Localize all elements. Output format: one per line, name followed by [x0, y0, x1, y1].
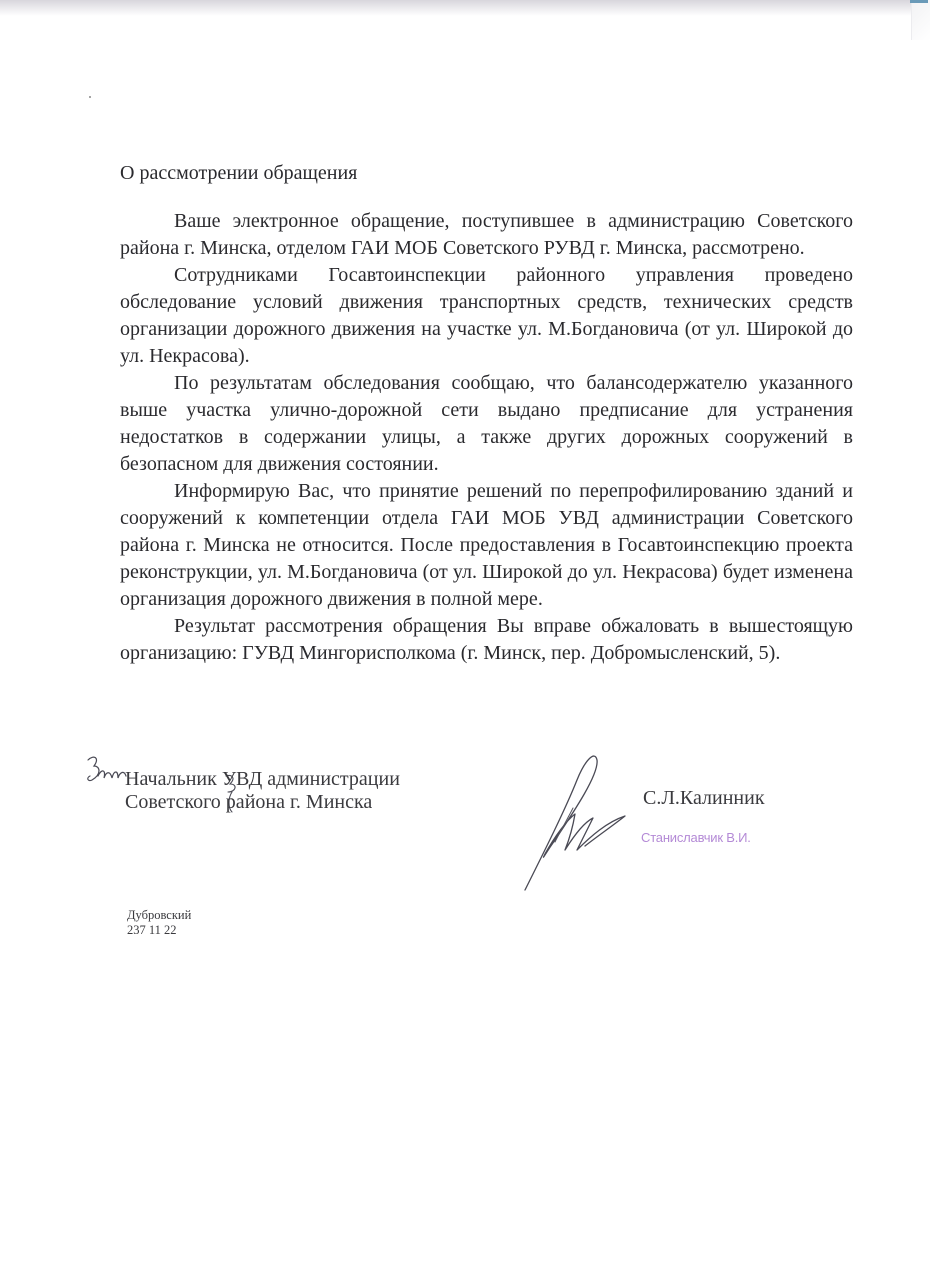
- executor-info: Дубровский 237 11 22: [127, 908, 191, 938]
- paragraph-1: Ваше электронное обращение, поступившее …: [120, 208, 853, 262]
- scan-corner-tab: [910, 0, 928, 3]
- signatory-position: Начальник УВД администрации Советского р…: [125, 768, 400, 814]
- executor-name: Дубровский: [127, 908, 191, 923]
- scan-corner-fold: [911, 0, 930, 40]
- position-line-1: Начальник УВД администрации: [125, 768, 400, 791]
- paragraph-5: Результат рассмотрения обращения Вы впра…: [120, 613, 853, 667]
- scan-speck: [89, 96, 91, 98]
- letter-body: Ваше электронное обращение, поступившее …: [120, 208, 853, 667]
- position-line-2: Советского района г. Минска: [125, 791, 400, 814]
- signature-icon: [515, 750, 655, 900]
- scan-top-shadow: [0, 0, 930, 16]
- paragraph-3: По результатам обследования сообщаю, что…: [120, 370, 853, 478]
- signer-name: С.Л.Калинник: [643, 787, 765, 810]
- executor-phone: 237 11 22: [127, 923, 191, 938]
- paragraph-4: Информирую Вас, что принятие решений по …: [120, 478, 853, 613]
- paragraph-2: Сотрудниками Госавтоинспекции районного …: [120, 262, 853, 370]
- executor-stamp: Станиславчик В.И.: [641, 830, 751, 845]
- letter-subject: О рассмотрении обращения: [120, 160, 357, 187]
